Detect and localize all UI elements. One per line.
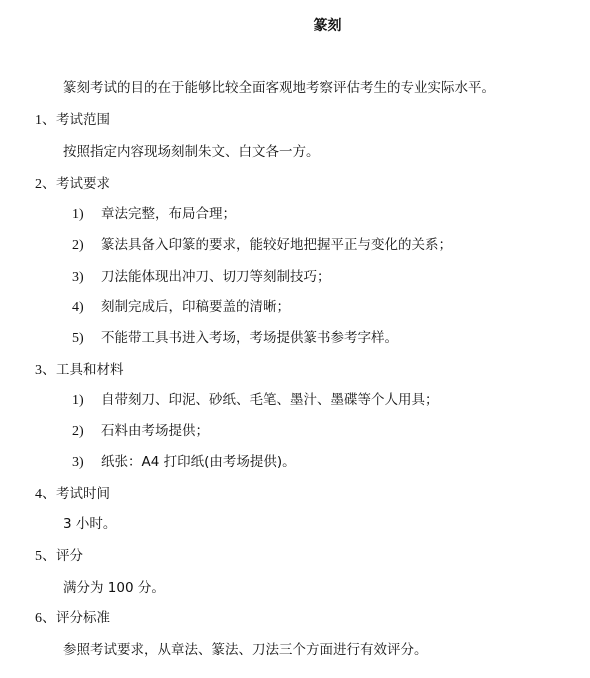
section-heading-1: 1、考试范围 [35, 111, 110, 129]
list-item-number: 4) [72, 299, 101, 317]
section-heading-4: 4、考试时间 [35, 485, 110, 503]
list-item-text: 不能带工具书进入考场，考场提供篆书参考字样。 [101, 330, 398, 346]
section-number: 1、 [35, 113, 56, 128]
list-item-number: 2) [72, 423, 101, 441]
list-item-text: 纸张：A4 打印纸(由考场提供)。 [101, 454, 296, 470]
document-title: 篆刻 [0, 17, 590, 35]
list-item: 3)刀法能体现出冲刀、切刀等刻制技巧； [72, 268, 331, 286]
list-item-text: 篆法具备入印篆的要求，能较好地把握平正与变化的关系； [101, 237, 452, 253]
section-heading-5: 5、评分 [35, 547, 83, 565]
section-number: 2、 [35, 177, 56, 192]
list-item-number: 1) [72, 392, 101, 410]
section-title: 考试范围 [56, 112, 110, 128]
section-heading-6: 6、评分标准 [35, 609, 110, 627]
section-body-4: 3 小时。 [63, 515, 116, 533]
list-item: 2)石料由考场提供； [72, 422, 209, 440]
section-number: 6、 [35, 611, 56, 626]
list-item: 3)纸张：A4 打印纸(由考场提供)。 [72, 453, 296, 471]
section-title: 考试要求 [56, 176, 110, 192]
section-heading-3: 3、工具和材料 [35, 361, 124, 379]
list-item: 1)自带刻刀、印泥、砂纸、毛笔、墨汁、墨碟等个人用具； [72, 391, 439, 409]
list-item-text: 刻制完成后，印稿要盖的清晰； [101, 299, 290, 315]
section-title: 评分标准 [56, 610, 110, 626]
list-item-number: 1) [72, 206, 101, 224]
list-item-text: 章法完整，布局合理； [101, 206, 236, 222]
list-item-text: 自带刻刀、印泥、砂纸、毛笔、墨汁、墨碟等个人用具； [101, 392, 439, 408]
list-item: 4)刻制完成后，印稿要盖的清晰； [72, 298, 290, 316]
list-item: 5)不能带工具书进入考场，考场提供篆书参考字样。 [72, 329, 398, 347]
section-title: 考试时间 [56, 486, 110, 502]
list-item-number: 5) [72, 330, 101, 348]
section-body-6: 参照考试要求，从章法、篆法、刀法三个方面进行有效评分。 [63, 641, 428, 659]
section-number: 5、 [35, 549, 56, 564]
list-item-number: 2) [72, 237, 101, 255]
section-title: 评分 [56, 548, 83, 564]
section-number: 3、 [35, 363, 56, 378]
list-item: 2)篆法具备入印篆的要求，能较好地把握平正与变化的关系； [72, 236, 452, 254]
list-item-number: 3) [72, 269, 101, 287]
section-number: 4、 [35, 487, 56, 502]
list-item-text: 石料由考场提供； [101, 423, 209, 439]
section-title: 工具和材料 [56, 362, 124, 378]
section-body-5: 满分为 100 分。 [63, 579, 165, 597]
list-item: 1)章法完整，布局合理； [72, 205, 236, 223]
section-heading-2: 2、考试要求 [35, 175, 110, 193]
list-item-text: 刀法能体现出冲刀、切刀等刻制技巧； [101, 269, 331, 285]
section-body-1: 按照指定内容现场刻制朱文、白文各一方。 [63, 143, 320, 161]
list-item-number: 3) [72, 454, 101, 472]
intro-paragraph: 篆刻考试的目的在于能够比较全面客观地考察评估考生的专业实际水平。 [63, 79, 495, 97]
